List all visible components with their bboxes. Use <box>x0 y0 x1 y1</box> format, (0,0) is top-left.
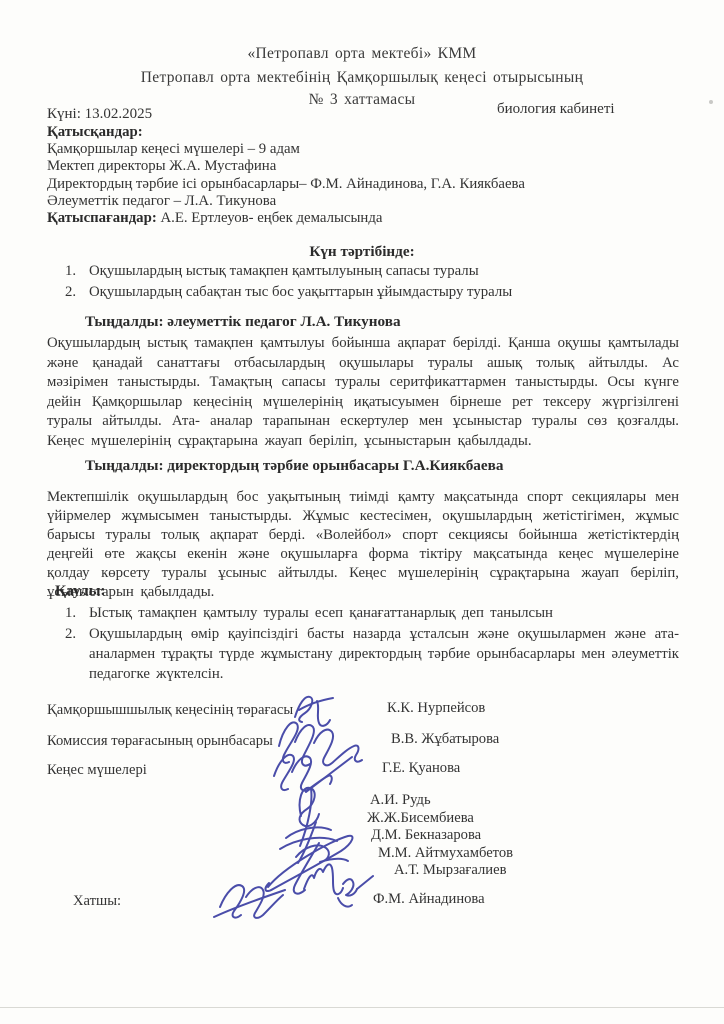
signer-name: А.Т. Мырзағалиев <box>394 862 507 879</box>
signer-name: Ж.Ж.Бисембиева <box>367 810 474 827</box>
heard-heading-2: Тыңдалды: директордың тәрбие орынбасары … <box>47 457 677 475</box>
section2-paragraph: Мектепшілік оқушылардың бос уақытының ти… <box>47 488 679 602</box>
agenda-item: 1. Оқушылардың ыстық тамақпен қамтылуыны… <box>65 262 679 282</box>
resolution-item-number: 1. <box>65 604 89 624</box>
absent-label: Қатыспағандар: <box>47 210 157 226</box>
signer-name: Г.Е. Қуанова <box>382 760 460 777</box>
absent-text: А.Е. Ертлеуов- еңбек демалысында <box>157 210 383 226</box>
attendees-title: Қатысқандар: <box>47 124 677 142</box>
absent-line: Қатыспағандар: А.Е. Ертлеуов- еңбек дема… <box>47 210 677 228</box>
org-title: «Петропавл орта мектебі» КММ <box>0 45 724 63</box>
resolution-title: Қаулы: <box>55 582 106 600</box>
signer-name: В.В. Жұбатырова <box>391 731 499 748</box>
signer-name: Ф.М. Айнадинова <box>373 891 485 908</box>
agenda-item-text: Оқушылардың ыстық тамақпен қамтылуының с… <box>89 262 679 282</box>
attendee-line: Директордың тәрбие ісі орынбасарлары– Ф.… <box>47 176 677 194</box>
heard-heading-1: Тыңдалды: әлеуметтік педагог Л.А. Тикуно… <box>47 313 677 331</box>
resolution-item-text: Ыстық тамақпен қамтылу туралы есеп қанағ… <box>89 604 679 624</box>
agenda-title: Күн тәртібінде: <box>0 243 724 261</box>
signer-name: Д.М. Бекназарова <box>371 827 481 844</box>
attendee-line: Қамқоршылар кеңесі мүшелері – 9 адам <box>47 141 677 159</box>
scan-speck <box>709 100 713 104</box>
vice-chairman-label: Комиссия төрағасының орынбасары <box>47 733 273 750</box>
agenda-item: 2. Оқушылардың сабақтан тыс бос уақыттар… <box>65 283 679 303</box>
agenda-item-number: 2. <box>65 283 89 303</box>
resolution-item-text: Оқушылардың өмір қауіпсіздігі басты наза… <box>89 625 679 684</box>
meeting-date: Күні: 13.02.2025 <box>47 106 152 124</box>
resolution-item-number: 2. <box>65 625 89 684</box>
attendee-line: Әлеуметтік педагог – Л.А. Тикунова <box>47 193 677 211</box>
resolution-item: 1. Ыстық тамақпен қамтылу туралы есеп қа… <box>65 604 679 624</box>
members-label: Кеңес мүшелері <box>47 762 147 779</box>
attendee-line: Мектеп директоры Ж.А. Мустафина <box>47 158 677 176</box>
agenda-item-text: Оқушылардың сабақтан тыс бос уақыттарын … <box>89 283 679 303</box>
meeting-title: Петропавл орта мектебінің Қамқоршылық ке… <box>0 69 724 87</box>
chairman-label: Қамқоршышшылық кеңесінің төрағасы <box>47 702 293 719</box>
section1-paragraph: Оқушылардың ыстық тамақпен қамтылуы бойы… <box>47 334 679 452</box>
signer-name: А.И. Рудь <box>370 792 431 809</box>
agenda-item-number: 1. <box>65 262 89 282</box>
secretary-label: Хатшы: <box>73 893 121 910</box>
scanned-protocol-document: «Петропавл орта мектебі» КММ Петропавл о… <box>0 0 724 1024</box>
signature-block: Қамқоршышшылық кеңесінің төрағасы Комисс… <box>0 690 724 940</box>
scan-edge-line <box>0 1007 724 1008</box>
agenda-list: 1. Оқушылардың ыстық тамақпен қамтылуыны… <box>65 262 679 305</box>
signer-name: М.М. Айтмухамбетов <box>378 845 513 862</box>
signer-name: К.К. Нурпейсов <box>387 700 485 717</box>
resolution-list: 1. Ыстық тамақпен қамтылу туралы есеп қа… <box>65 604 679 686</box>
meeting-location: биология кабинеті <box>497 101 615 119</box>
resolution-item: 2. Оқушылардың өмір қауіпсіздігі басты н… <box>65 625 679 684</box>
